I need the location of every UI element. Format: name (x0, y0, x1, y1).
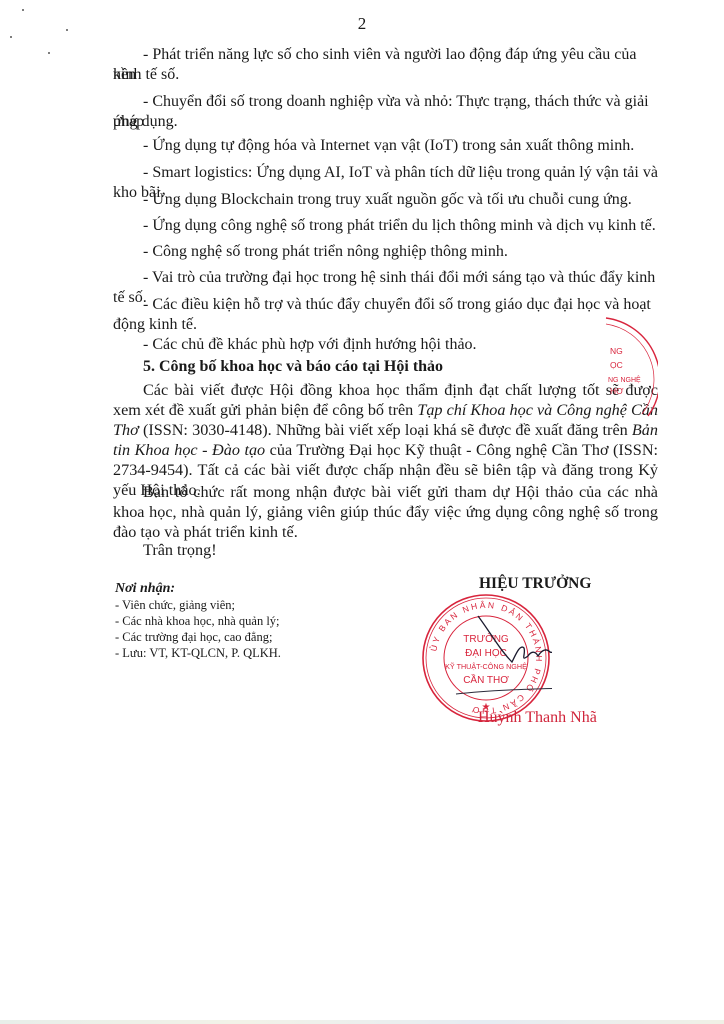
text-run: (ISSN: 3030-4148). Những bài viết xếp lo… (139, 421, 632, 439)
topic-item-continuation: động kinh tế. (113, 315, 661, 335)
scan-speck (66, 29, 68, 31)
scan-speck (10, 36, 12, 38)
recipients-block: Nơi nhận: - Viên chức, giảng viên; - Các… (115, 581, 281, 661)
svg-text:TRƯỜNG: TRƯỜNG (463, 632, 509, 645)
invitation-paragraph: Ban tổ chức rất mong nhận được bài viết … (113, 482, 658, 542)
svg-text:ỌC: ỌC (610, 360, 623, 370)
partial-stamp: NG ỌC NG NGHỆ HƠ (598, 312, 658, 422)
topic-item: - Các chủ đề khác phù hợp với định hướng… (113, 335, 661, 355)
svg-text:NG: NG (610, 346, 623, 356)
closing-text: Trân trọng! (143, 540, 343, 560)
scan-speck (22, 9, 24, 11)
topic-item: - Ứng dụng tự động hóa và Internet vạn v… (113, 136, 661, 156)
official-stamp: ỦY BAN NHÂN DÂN THÀNH PHỐ CẦN THƠ TRƯỜNG… (420, 592, 552, 724)
topic-item: - Các điều kiện hỗ trợ và thúc đẩy chuyể… (113, 295, 661, 315)
scan-edge (0, 1020, 724, 1024)
recipient-item: - Lưu: VT, KT-QLCN, P. QLKH. (115, 645, 281, 661)
svg-text:KỸ THUẬT-CÔNG NGHỆ: KỸ THUẬT-CÔNG NGHỆ (445, 662, 527, 671)
svg-text:HƠ: HƠ (610, 386, 624, 396)
section-heading: 5. Công bố khoa học và báo cáo tại Hội t… (143, 358, 443, 376)
invitation-text: Ban tổ chức rất mong nhận được bài viết … (113, 482, 658, 542)
topic-item: - Ứng dụng công nghệ số trong phát triển… (113, 216, 661, 236)
recipient-item: - Viên chức, giảng viên; (115, 597, 281, 613)
topic-item-continuation: kinh tế số. (113, 65, 661, 85)
svg-text:ĐẠI HỌC: ĐẠI HỌC (465, 648, 507, 659)
scan-speck (48, 52, 50, 54)
recipients-title: Nơi nhận: (115, 581, 281, 597)
recipient-item: - Các nhà khoa học, nhà quản lý; (115, 613, 281, 629)
page-number: 2 (0, 14, 724, 34)
topic-item: - Công nghệ số trong phát triển nông ngh… (113, 242, 661, 262)
signer-title: HIỆU TRƯỞNG (479, 575, 591, 593)
signer-name: Huỳnh Thanh Nhã (478, 709, 597, 727)
svg-text:CẦN THƠ: CẦN THƠ (463, 673, 509, 686)
svg-text:NG NGHỆ: NG NGHỆ (608, 375, 641, 384)
topic-item-continuation: ứng dụng. (113, 112, 661, 132)
recipient-item: - Các trường đại học, cao đẳng; (115, 629, 281, 645)
topic-item: - Ứng dụng Blockchain trong truy xuất ng… (113, 190, 661, 210)
